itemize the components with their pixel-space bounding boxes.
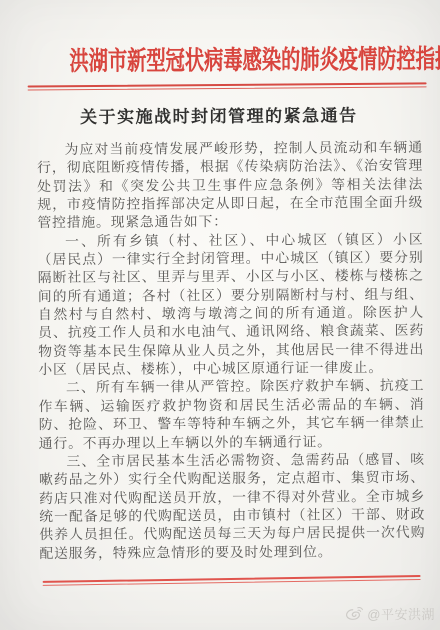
notice-body: 为应对当前疫情发展严峻形势，控制人员流动和车辆通行，彻底阻断疫情传播，根据《传染… [37, 139, 426, 563]
paragraph-intro: 为应对当前疫情发展严峻形势，控制人员流动和车辆通行，彻底阻断疫情传播，根据《传染… [37, 139, 424, 233]
notice-title: 关于实施战时封闭管理的紧急通告 [0, 101, 439, 129]
paragraph-item-3: 三、全市居民基本生活必需物资、急需药品（感冒、咳嗽药品之外）实行全代购配送服务，… [39, 451, 426, 563]
header-rule-thin [28, 87, 427, 91]
weibo-watermark: @平安洪湖 [344, 604, 435, 623]
paragraph-item-1: 一、所有乡镇（村、社区）、中心城区（镇区）小区（居民点）一律实行全封闭管理。中心… [37, 230, 424, 379]
footer-double-rule [43, 575, 421, 586]
org-name: 洪湖市新型冠状病毒感染的肺炎疫情防控指挥部 [69, 38, 440, 77]
watermark-text: @平安洪湖 [367, 604, 435, 623]
document-photo: 洪湖市新型冠状病毒感染的肺炎疫情防控指挥部 关于实施战时封闭管理的紧急通告 为应… [0, 0, 440, 630]
notice-document: 洪湖市新型冠状病毒感染的肺炎疫情防控指挥部 关于实施战时封闭管理的紧急通告 为应… [0, 0, 440, 630]
weibo-icon [344, 605, 364, 622]
paragraph-item-2: 二、所有车辆一律从严管控。除医疗救护车辆、抗疫工作车辆、运输医疗救护物资和居民生… [38, 377, 424, 453]
header-double-rule [28, 82, 427, 91]
org-header: 洪湖市新型冠状病毒感染的肺炎疫情防控指挥部 [0, 39, 439, 79]
